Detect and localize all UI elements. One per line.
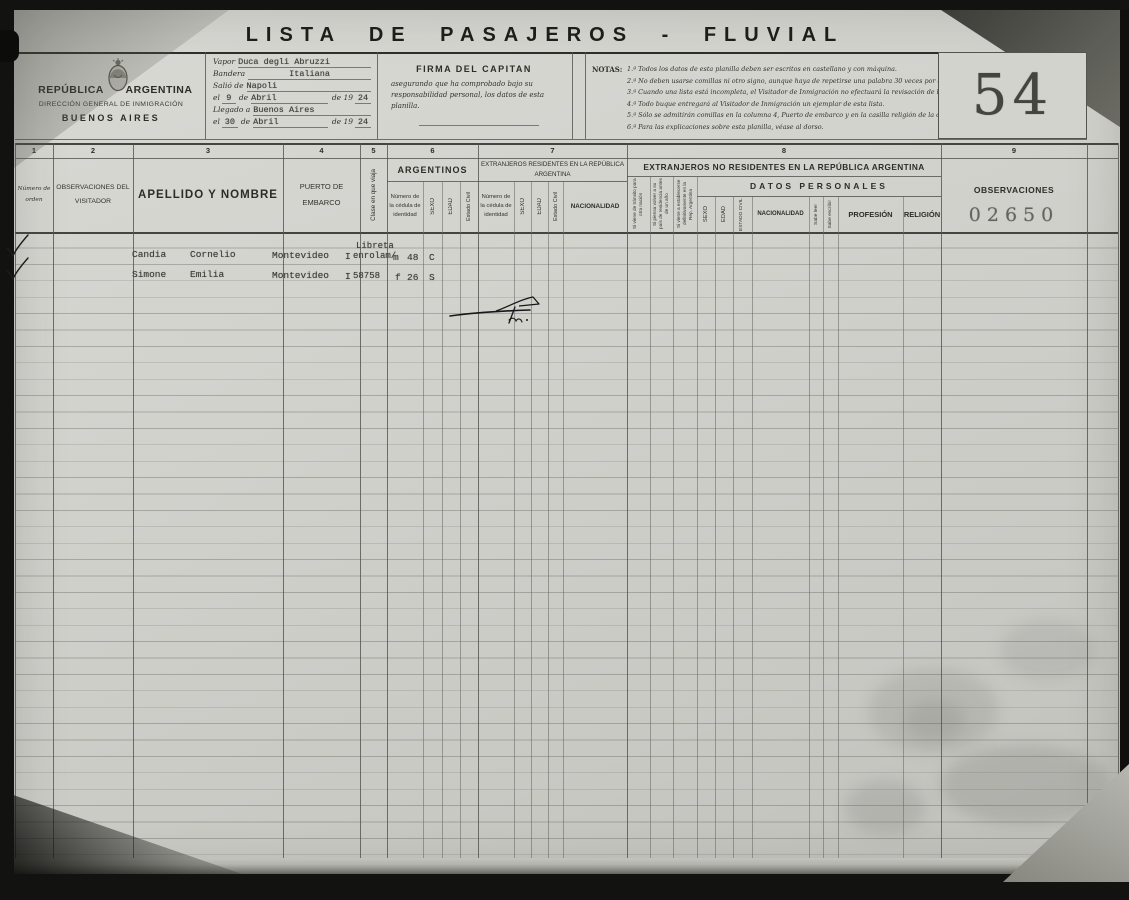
arribo-mes: Abril	[253, 118, 328, 128]
header-extranjeros-no-residentes: EXTRANJEROS NO RESIDENTES EN LA REPÚBLIC…	[627, 158, 941, 176]
header-sabe-leer: Sabe leer	[809, 196, 823, 232]
note-line: 4.ª Todo buque entregará al Visitador de…	[627, 100, 885, 108]
header-edad-no-residentes: EDAD	[715, 196, 733, 232]
row-nombre: Emilia	[190, 269, 224, 280]
header-estado-civil-argentinos: Estado Civil	[460, 181, 478, 232]
header-nacionalidad-no-residentes: NACIONALIDAD	[752, 196, 809, 232]
header-profesion: PROFESIÓN	[838, 196, 903, 232]
header-transito: Si viene de tránsito para otra nación	[628, 176, 649, 232]
row-puerto: Montevideo	[272, 270, 329, 281]
salida-dia: 9	[222, 93, 236, 104]
header-volver: Si piensa volver a su país de residencia…	[651, 176, 672, 232]
bandera-value: Italiana	[248, 70, 371, 80]
header-numero-orden: Número de orden	[16, 158, 52, 232]
row-estado-civil: C	[429, 252, 435, 263]
ship-vapor-row: Vapor Duca degli Abruzzi	[213, 57, 371, 68]
header-apellido-nombre: APELLIDO Y NOMBRE	[135, 158, 281, 232]
org-argentina: ARGENTINA	[119, 84, 199, 96]
col-number: 5	[360, 144, 387, 157]
notes-label: NOTAS:	[592, 65, 622, 74]
handwritten-checkmarks	[4, 234, 34, 286]
vapor-value: Duca degli Abruzzi	[238, 58, 371, 68]
ship-salio-row: Salió de Napoli	[213, 81, 371, 92]
col-number: 7	[478, 144, 627, 157]
header-observaciones-visitador: OBSERVACIONES DEL VISITADOR	[55, 158, 131, 232]
row-cedula: Libreta	[356, 241, 394, 251]
row-cedula: 58758	[353, 271, 380, 281]
row-nombre: Cornelio	[190, 249, 236, 260]
llegada-value: Buenos Aires	[253, 106, 371, 116]
row-edad: 48	[407, 252, 418, 263]
col-number: 8	[627, 144, 941, 157]
row-clase: I	[345, 251, 351, 262]
arribo-dia: 30	[222, 117, 238, 128]
salida-mes: Abril	[251, 94, 328, 104]
row-estado-civil: S	[429, 272, 435, 283]
vapor-label: Vapor	[213, 57, 235, 66]
header-observaciones: OBSERVACIONES	[941, 183, 1087, 197]
bandera-label: Bandera	[213, 69, 245, 78]
ship-arribo-fecha-row: el 30 de Abril de 19 24	[213, 117, 371, 128]
salio-label: Salió de	[213, 81, 244, 90]
handwritten-signature	[446, 290, 558, 332]
row-apellido: Simone	[132, 269, 166, 280]
header-estado-civil-no-residentes: ESTADO CIVIL	[733, 196, 752, 232]
header-argentinos: ARGENTINOS	[387, 158, 478, 181]
header-sabe-escribir: Sabe escribir	[823, 196, 838, 232]
header-edad-residentes: EDAD	[531, 181, 548, 232]
arribo-anio: 24	[355, 117, 371, 128]
col-number: 6	[387, 144, 478, 157]
ship-llegada-row: Llegado a Buenos Aires	[213, 105, 371, 116]
left-edge-tab	[0, 30, 19, 62]
note-line: 2.ª No deben usarse comillas ni otro sig…	[627, 77, 967, 85]
sheet-number-cell: 54	[938, 52, 1087, 139]
header-puerto-embarco: PUERTO DE EMBARCO	[285, 158, 358, 232]
col-number: 3	[133, 144, 283, 157]
header-estado-civil-residentes: Estado Civil	[548, 181, 563, 232]
salida-anio: 24	[355, 93, 371, 104]
captain-signature-line	[419, 125, 539, 126]
de19-label: de 19	[332, 93, 353, 102]
page-title: LISTA DE PASAJEROS - FLUVIAL	[245, 22, 845, 48]
header-datos-personales: DATOS PERSONALES	[697, 176, 941, 196]
header-cedula-residentes: Número de la cédula de identidad	[479, 181, 513, 232]
note-line: 6.ª Para las explicaciones sobre esta pl…	[627, 123, 824, 131]
note-line: 5.ª Sólo se admitirán comillas en la col…	[627, 111, 972, 119]
salio-value: Napoli	[247, 82, 371, 92]
ship-bandera-row: Bandera Italiana	[213, 69, 371, 80]
header-clase: Clase en que viaja	[360, 158, 387, 232]
col-number: 2	[53, 144, 133, 157]
ship-box: Vapor Duca degli Abruzzi Bandera Italian…	[207, 52, 377, 139]
row-apellido: Candia	[132, 249, 166, 260]
row-sexo: f	[395, 272, 401, 283]
note-line: 3.ª Cuando una lista está incompleta, el…	[627, 88, 981, 96]
ship-salida-fecha-row: el 9 de Abril de 19 24	[213, 93, 371, 104]
header-sexo-argentinos: SEXO	[423, 181, 442, 232]
header-sexo-residentes: SEXO	[514, 181, 531, 232]
header-sexo-no-residentes: SEXO	[697, 196, 715, 232]
de-label: de	[241, 117, 250, 126]
captain-body: asegurando que ha comprobado bajo su res…	[391, 79, 557, 113]
header-establecerse: Si viene a establecerse definitivamente …	[674, 176, 696, 232]
el-label: el	[213, 93, 220, 102]
sheet-number: 54	[972, 63, 1053, 128]
header-edad-argentinos: EDAD	[442, 181, 460, 232]
row-clase: I	[345, 271, 351, 282]
col-number: 9	[941, 144, 1087, 157]
note-line: 1.ª Todos los datos de esta planilla deb…	[627, 65, 897, 73]
de-label: de	[239, 93, 248, 102]
llegada-label: Llegado a	[213, 105, 250, 114]
row-puerto: Montevideo	[272, 250, 329, 261]
header-religion: RELIGIÓN	[903, 196, 941, 232]
row-cedula: enrolam/	[353, 251, 396, 261]
captain-title: FIRMA DEL CAPITAN	[384, 63, 564, 75]
right-edge-shadow	[1120, 10, 1129, 874]
el-label: el	[213, 117, 220, 126]
row-edad: 26	[407, 272, 418, 283]
header-extranjeros-residentes: EXTRANJEROS RESIDENTES EN LA REPÚBLICA A…	[479, 158, 626, 181]
col-number: 4	[283, 144, 360, 157]
captain-box: FIRMA DEL CAPITAN asegurando que ha comp…	[379, 52, 570, 139]
header-cedula-argentinos: Número de la cédula de identidad	[388, 181, 422, 232]
row-sexo: m	[393, 252, 399, 263]
de19-label: de 19	[332, 117, 353, 126]
header-nacionalidad-residentes: NACIONALIDAD	[563, 181, 627, 232]
scanned-document: { "title": "LISTA DE PASAJEROS - FLUVIAL…	[0, 0, 1129, 900]
notes-block: NOTAS: 1.ª Todos los datos de esta plani…	[585, 52, 938, 139]
stamp-number: 02650	[941, 203, 1087, 227]
